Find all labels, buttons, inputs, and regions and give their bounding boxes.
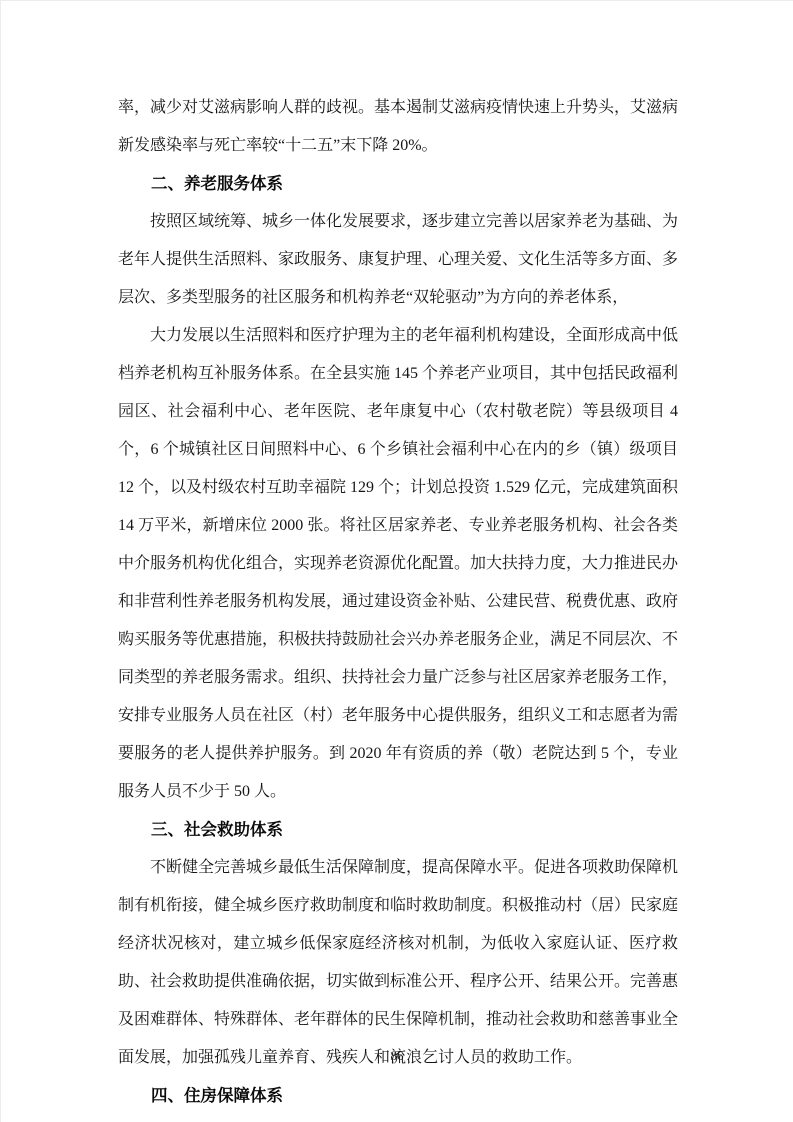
page-number: 86	[1, 1048, 793, 1064]
section-heading: 四、住房保障体系	[118, 1077, 678, 1115]
section-heading: 三、社会救助体系	[118, 811, 678, 849]
document-content: 率，减少对艾滋病影响人群的歧视。基本遏制艾滋病疫情快速上升势头，艾滋病新发感染率…	[118, 89, 678, 1115]
paragraph: 按照区域统筹、城乡一体化发展要求，逐步建立完善以居家养老为基础、为老年人提供生活…	[118, 203, 678, 317]
section-heading: 二、养老服务体系	[118, 165, 678, 203]
paragraph: 大力发展以生活照料和医疗护理为主的老年福利机构建设，全面形成高中低档养老机构互补…	[118, 317, 678, 811]
document-page: 率，减少对艾滋病影响人群的歧视。基本遏制艾滋病疫情快速上升势头，艾滋病新发感染率…	[0, 0, 793, 1122]
paragraph: 不断健全完善城乡最低生活保障制度，提高保障水平。促进各项救助保障机制有机衔接，健…	[118, 849, 678, 1077]
paragraph-continuation: 率，减少对艾滋病影响人群的歧视。基本遏制艾滋病疫情快速上升势头，艾滋病新发感染率…	[118, 89, 678, 165]
